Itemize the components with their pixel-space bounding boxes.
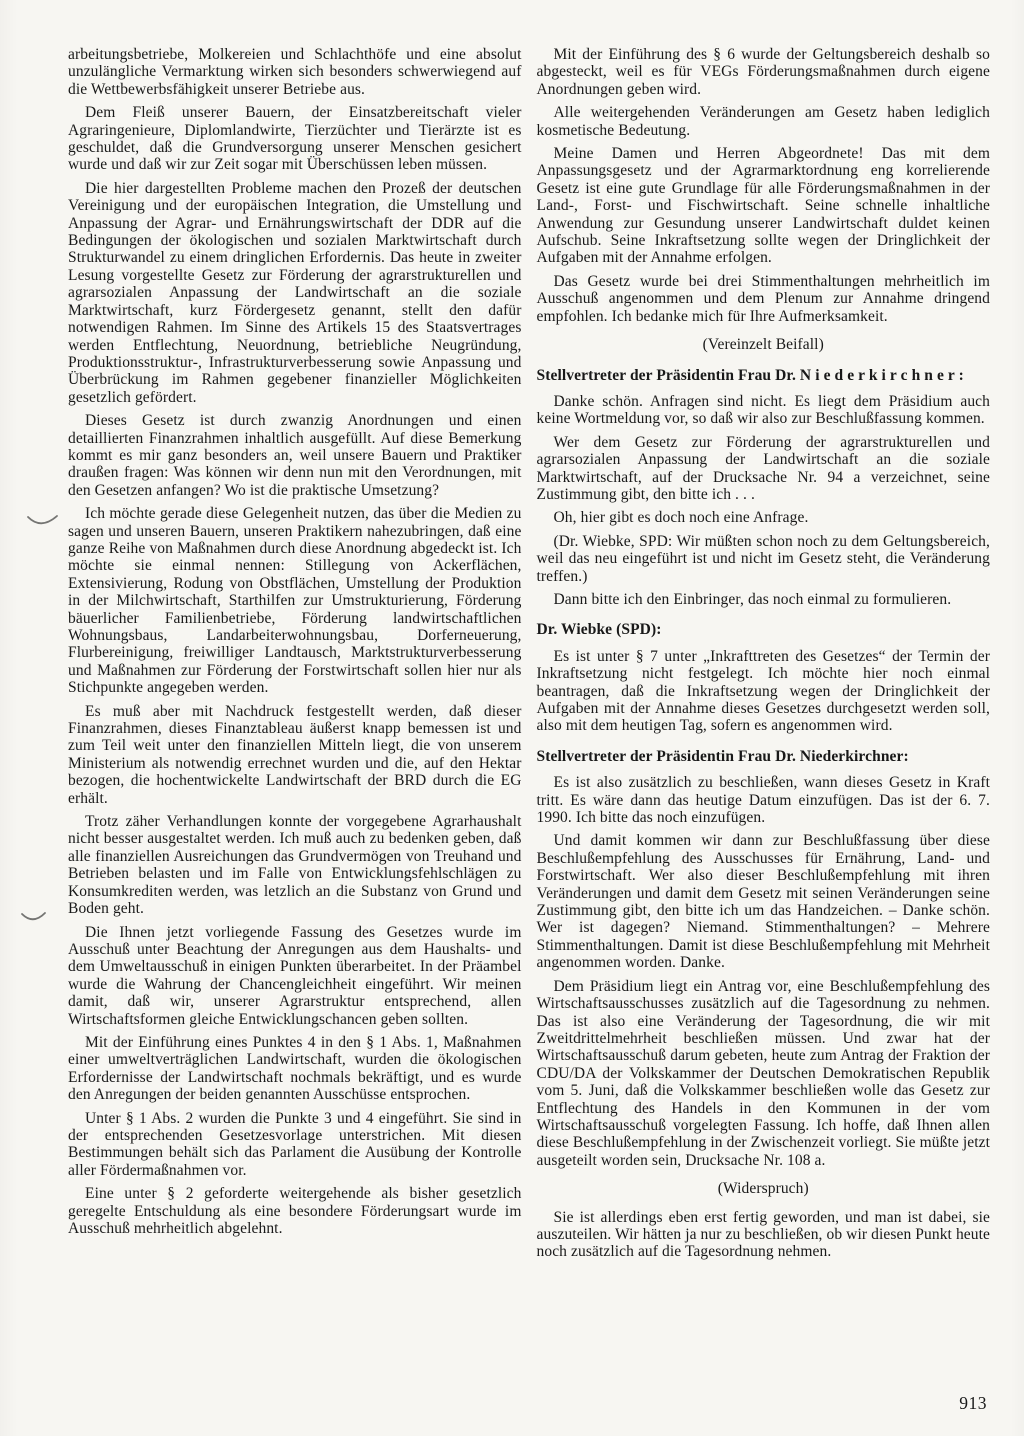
paragraph: Dem Fleiß unserer Bauern, der Einsatzber… bbox=[68, 104, 522, 174]
paragraph: Dann bitte ich den Einbringer, das noch … bbox=[537, 591, 991, 608]
speaker-heading: Stellvertreter der Präsidentin Frau Dr. … bbox=[537, 367, 991, 384]
paragraph: (Dr. Wiebke, SPD: Wir müßten schon noch … bbox=[537, 533, 991, 585]
paragraph: Ich möchte gerade diese Gelegenheit nutz… bbox=[68, 505, 522, 696]
paragraph: Die Ihnen jetzt vorliegende Fassung des … bbox=[68, 924, 522, 1028]
left-column: arbeitungsbetriebe, Molkereien und Schla… bbox=[68, 46, 522, 1267]
paragraph: Und damit kommen wir dann zur Beschlußfa… bbox=[537, 832, 991, 971]
stage-direction: (Vereinzelt Beifall) bbox=[537, 336, 991, 353]
paragraph: Das Gesetz wurde bei drei Stimmenthaltun… bbox=[537, 273, 991, 325]
paragraph: Eine unter § 2 geforderte weitergehende … bbox=[68, 1185, 522, 1237]
paragraph: Es muß aber mit Nachdruck festgestellt w… bbox=[68, 703, 522, 807]
document-page: arbeitungsbetriebe, Molkereien und Schla… bbox=[0, 0, 1024, 1436]
page-number: 913 bbox=[959, 1393, 987, 1414]
paragraph: Meine Damen und Herren Abgeordnete! Das … bbox=[537, 145, 991, 267]
paragraph: Dieses Gesetz ist durch zwanzig Anordnun… bbox=[68, 412, 522, 499]
paragraph: Oh, hier gibt es doch noch eine Anfrage. bbox=[537, 509, 991, 526]
speaker-heading: Dr. Wiebke (SPD): bbox=[537, 621, 991, 638]
right-column: Mit der Einführung des § 6 wurde der Gel… bbox=[537, 46, 991, 1267]
stage-direction: (Widerspruch) bbox=[537, 1180, 991, 1197]
speaker-heading: Stellvertreter der Präsidentin Frau Dr. … bbox=[537, 748, 991, 765]
text-columns: arbeitungsbetriebe, Molkereien und Schla… bbox=[68, 46, 990, 1267]
margin-pen-mark-top bbox=[26, 510, 60, 539]
paragraph: Die hier dargestellten Probleme machen d… bbox=[68, 180, 522, 406]
paragraph: Wer dem Gesetz zur Förderung der agrarst… bbox=[537, 434, 991, 504]
paragraph: Danke schön. Anfragen sind nicht. Es lie… bbox=[537, 393, 991, 428]
paragraph: Dem Präsidium liegt ein Antrag vor, eine… bbox=[537, 978, 991, 1169]
paragraph: Alle weitergehenden Veränderungen am Ges… bbox=[537, 104, 991, 139]
continuation-paragraph: arbeitungsbetriebe, Molkereien und Schla… bbox=[68, 46, 522, 98]
paragraph: Sie ist allerdings eben erst fertig gewo… bbox=[537, 1209, 991, 1261]
paragraph: Mit der Einführung eines Punktes 4 in de… bbox=[68, 1034, 522, 1104]
paragraph: Mit der Einführung des § 6 wurde der Gel… bbox=[537, 46, 991, 98]
paragraph: Trotz zäher Verhandlungen konnte der vor… bbox=[68, 813, 522, 917]
paragraph: Unter § 1 Abs. 2 wurden die Punkte 3 und… bbox=[68, 1110, 522, 1180]
paragraph: Es ist also zusätzlich zu beschließen, w… bbox=[537, 774, 991, 826]
margin-pen-mark-bottom bbox=[20, 908, 48, 933]
paragraph: Es ist unter § 7 unter „Inkrafttreten de… bbox=[537, 648, 991, 735]
